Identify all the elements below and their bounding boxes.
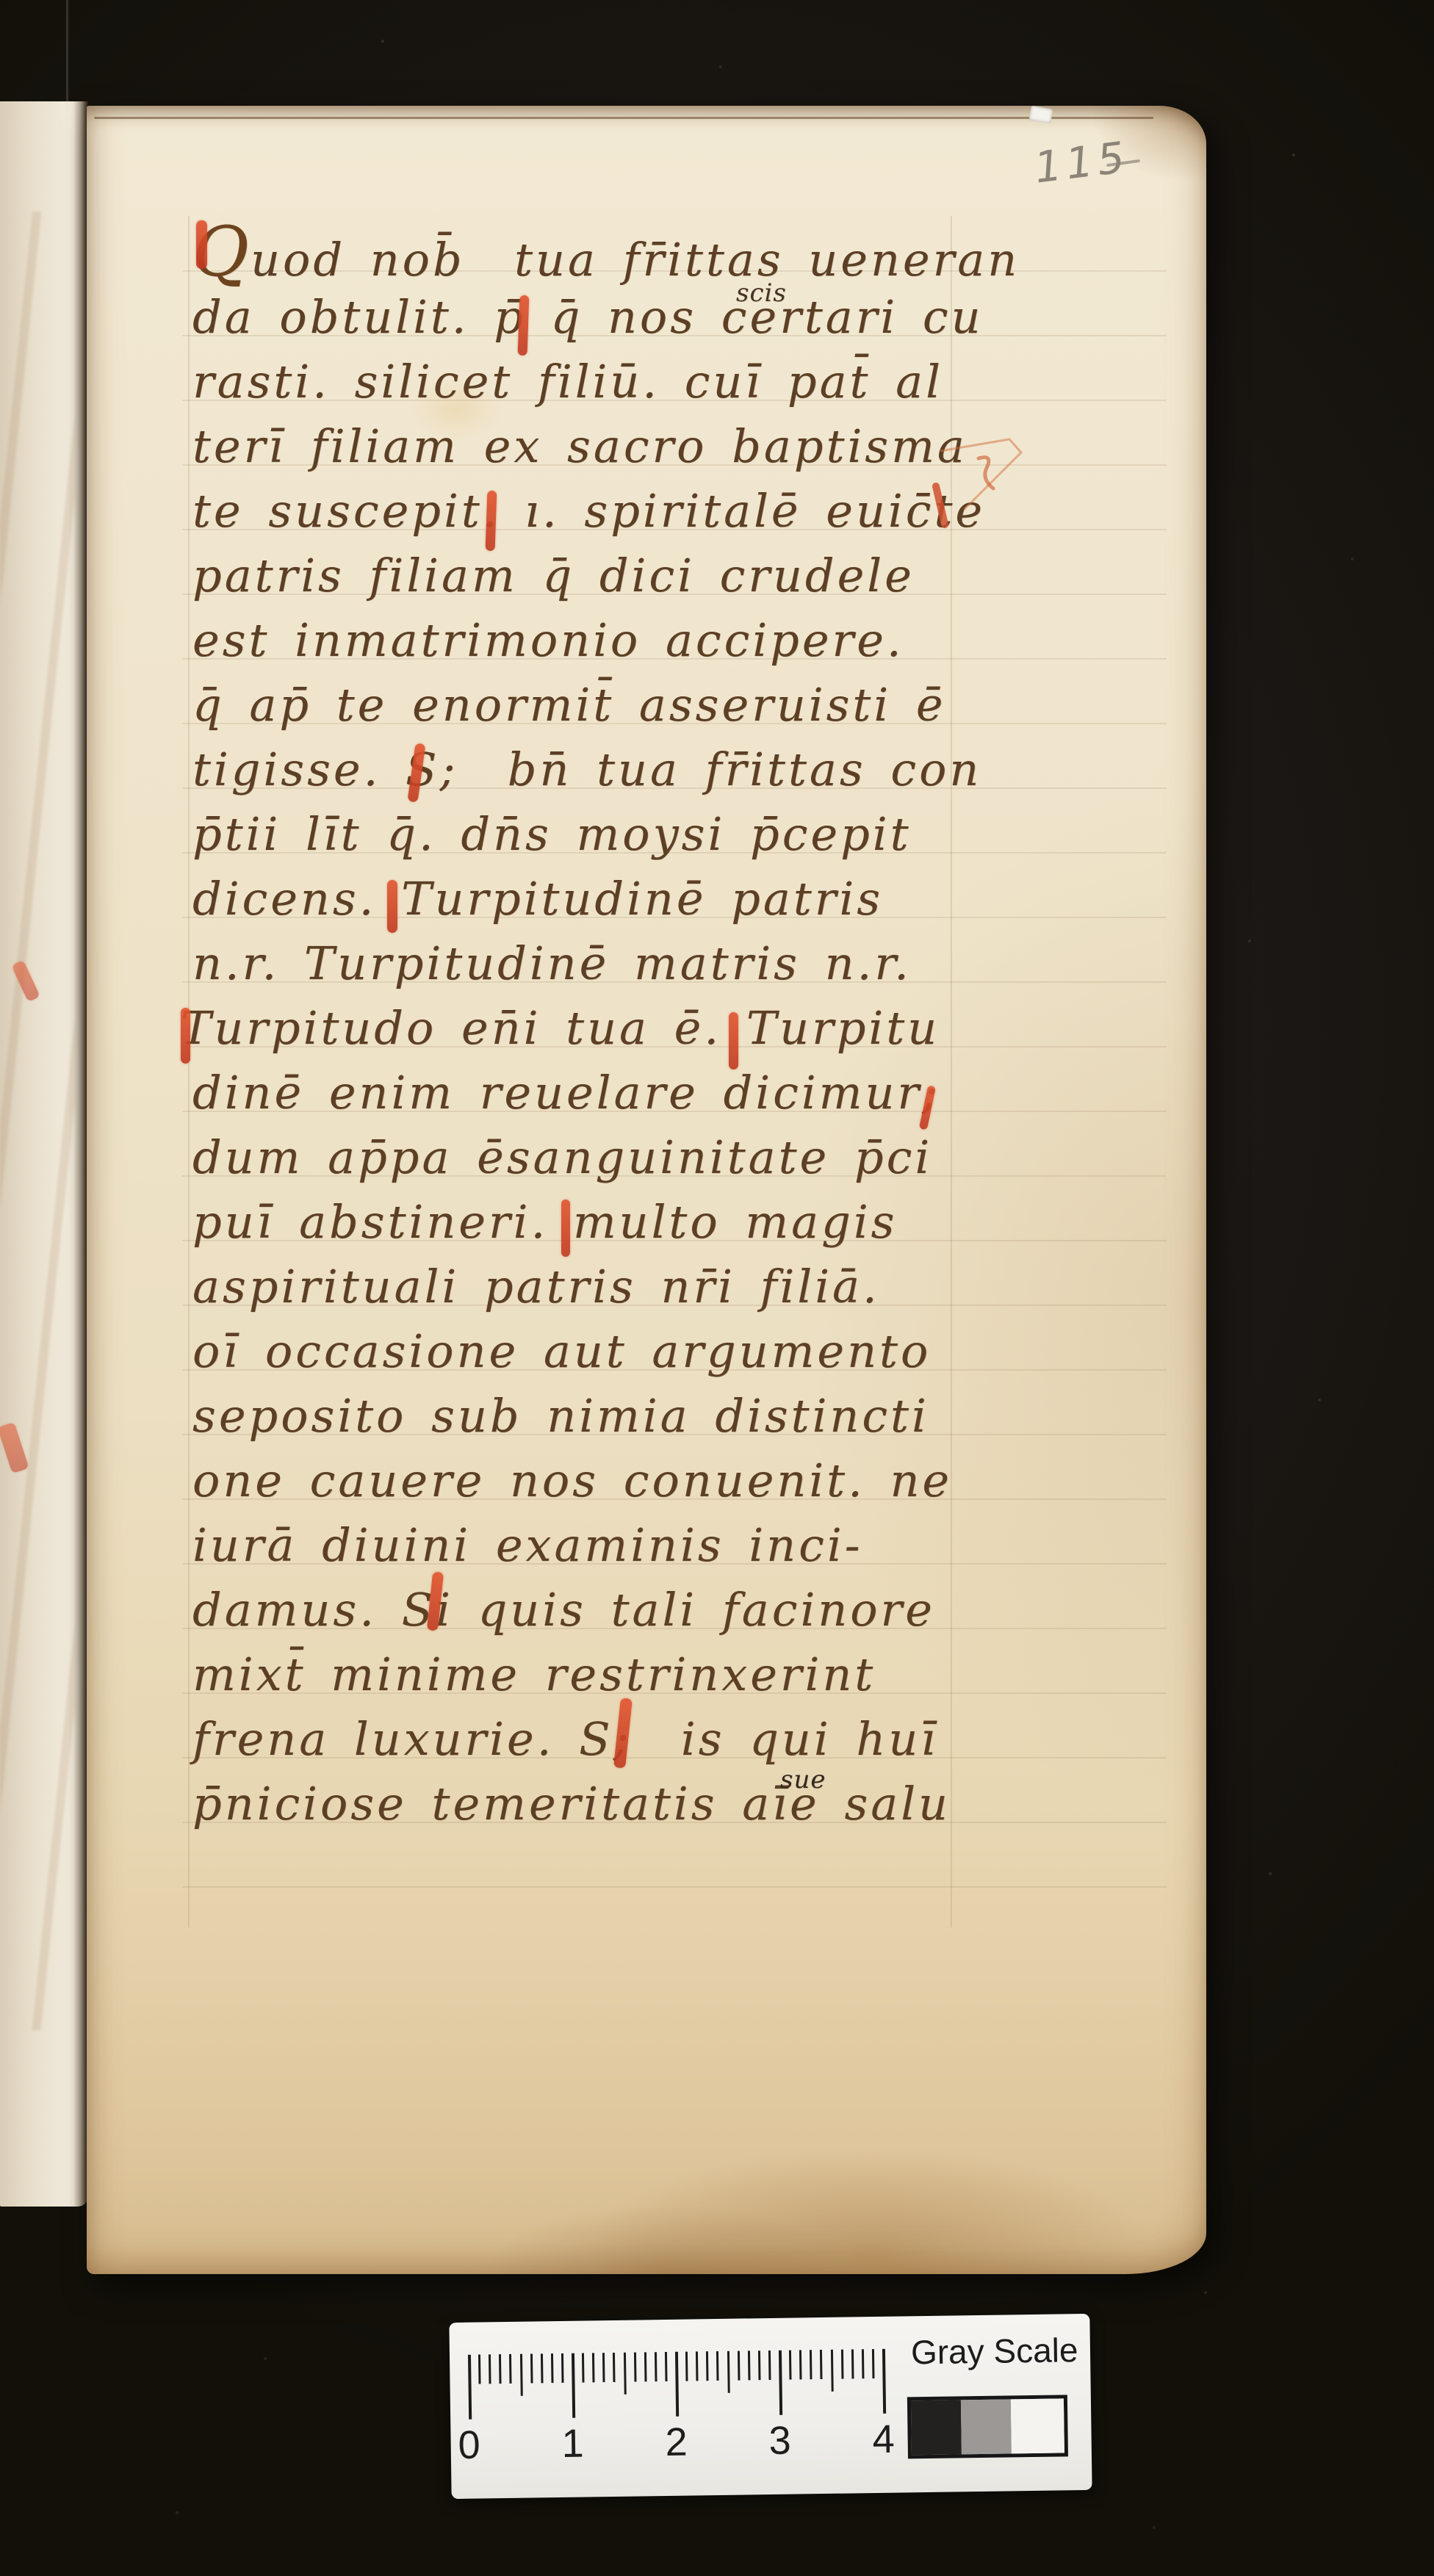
ruler-tick: [499, 2354, 502, 2384]
ruler-tick: [696, 2351, 699, 2381]
ruler-tick: [830, 2350, 833, 2392]
rubrication-mark: [0, 1422, 29, 1473]
manuscript-line: p̄tii līt q̄. dn̄s moysi p̄cepit: [192, 802, 912, 867]
rubrication-mark: [181, 1008, 190, 1064]
ruler-tick: [758, 2350, 761, 2380]
ruler-tick: [644, 2352, 647, 2381]
marginal-red-mark: [920, 420, 1045, 530]
ruler-tick: [872, 2349, 875, 2378]
ruler-tick: [820, 2350, 823, 2379]
dust-speckles: [0, 0, 1, 1]
ruler-number: 3: [768, 2421, 791, 2461]
gray-patch: [961, 2399, 1012, 2454]
manuscript-line: q̄ ap̄ te enormit̄ asseruisti ē: [192, 673, 946, 737]
ruler-tick: [748, 2350, 751, 2380]
manuscript-line: puī abstineri. multo magis: [192, 1190, 897, 1255]
ruler-tick: [706, 2351, 709, 2381]
white-patch: [1011, 2398, 1064, 2453]
ruler-tick: [841, 2350, 844, 2379]
ruler-tick: [602, 2353, 605, 2382]
ruler-tick: [634, 2353, 637, 2382]
ruler-tick: [613, 2353, 616, 2382]
ruler-tick: [685, 2352, 688, 2381]
ruler-number: 0: [458, 2425, 480, 2465]
paper-chip: [1028, 106, 1053, 124]
ruler-tick: [561, 2353, 564, 2383]
ruler-tick: [592, 2353, 595, 2382]
ruler-number: 2: [665, 2422, 688, 2462]
ruler-tick: [738, 2351, 741, 2381]
manuscript-line: Turpitudo en̄i tua ē. Turpitu: [181, 996, 940, 1061]
ruler-tick: [779, 2350, 782, 2415]
interlinear-gloss: scis: [736, 281, 787, 306]
ruler-tick: [675, 2352, 679, 2417]
ruler-number: 1: [561, 2424, 584, 2464]
ruler-tick: [572, 2353, 575, 2418]
ruler-tick: [530, 2354, 533, 2384]
ruler-number: 4: [872, 2420, 895, 2459]
manuscript-line: iurā diuini examinis inci-: [192, 1513, 863, 1578]
ruler-tick: [623, 2353, 626, 2395]
manuscript-line: est inmatrimonio accipere.: [192, 608, 904, 673]
gray-scale-label: Gray Scale: [911, 2331, 1078, 2371]
ruler-tick: [727, 2351, 729, 2393]
ruler-tick: [716, 2351, 719, 2381]
manuscript-line: n.r. Turpitudinē matris n.r.: [192, 931, 912, 996]
ruler-tick: [799, 2350, 802, 2379]
ruler-tick: [768, 2350, 771, 2380]
ruler-tick: [789, 2350, 792, 2380]
manuscript-line: te suscepit. ı. spiritalē euic̄te: [192, 479, 985, 544]
ruling-line-left: [188, 216, 190, 1927]
manuscript-line: patris filiam q̄ dici crudele: [192, 544, 915, 608]
ruler-tick: [655, 2352, 657, 2381]
manuscript-line: p̄niciose temeritatis aīe salusue: [192, 1772, 951, 1836]
ruler-tick: [468, 2355, 472, 2420]
manuscript-line: tigisse. S; bn̄ tua fr̄ittas con: [192, 737, 981, 802]
interlinear-gloss: sue: [780, 1767, 826, 1792]
ruler-tick: [478, 2355, 481, 2384]
ruler-card: 01234 Gray Scale: [449, 2314, 1092, 2499]
black-patch: [911, 2400, 962, 2455]
ruler-tick: [541, 2353, 544, 2383]
ruler-tick: [582, 2353, 585, 2383]
rubrication-mark: [11, 960, 40, 1002]
film-edge-line: [66, 0, 68, 112]
ruler-tick: [489, 2354, 491, 2384]
manuscript-line: terī filiam ex sacro baptisma: [192, 414, 968, 479]
manuscript-line: dicens. Turpitudinē patris: [192, 867, 883, 931]
manuscript-line: aspirituali patris nr̄i filiā.: [192, 1255, 880, 1319]
ruler-tick: [551, 2353, 554, 2383]
rubrication-initial-q: [196, 220, 207, 269]
manuscript-line: oī occasione aut argumento: [192, 1319, 931, 1384]
manuscript-line: seposito sub nimia distincti: [192, 1384, 929, 1448]
rubrication-mark: [387, 880, 397, 933]
manuscript-line: da obtulit. p̄ q̄ nos certari cuscis: [192, 285, 984, 350]
manuscript-line: damus. Si quis tali facinore: [192, 1578, 935, 1642]
ruler-ticks: [468, 2348, 917, 2422]
ruler-tick: [882, 2349, 886, 2414]
rubrication-mark: [561, 1199, 570, 1257]
gray-scale-patch: [907, 2395, 1068, 2458]
ruler-tick: [862, 2349, 865, 2378]
manuscript-line: mixt̄ minime restrinxerint: [192, 1642, 876, 1707]
ruler-tick: [519, 2354, 522, 2396]
manuscript-line: dinē enim reuelare dicimur;: [192, 1061, 940, 1125]
rubrication-mark: [729, 1012, 738, 1069]
ruler-tick: [509, 2354, 512, 2384]
ruler-tick: [810, 2350, 813, 2379]
facing-page-edge: [0, 101, 88, 2207]
manuscript-line: frena luxurie. S; is qui huī: [192, 1707, 938, 1772]
ruler-numbers: 01234: [469, 2419, 918, 2471]
photograph-stage: 115 Quod nob̄ tua fr̄ittas ueneranda obt…: [0, 0, 1434, 2576]
ruler-tick: [665, 2352, 668, 2381]
manuscript-line: rasti. silicet filiū. cuī pat̄ al: [192, 350, 943, 414]
manuscript-line: Quod nob̄ tua fr̄ittas ueneran: [192, 220, 1020, 292]
manuscript-line: one cauere nos conuenit. ne: [192, 1448, 952, 1513]
manuscript-page: 115 Quod nob̄ tua fr̄ittas ueneranda obt…: [87, 106, 1206, 2274]
ruler-tick: [851, 2349, 854, 2378]
manuscript-line: dum ap̄pa ēsanguinitate p̄ci: [192, 1125, 932, 1190]
